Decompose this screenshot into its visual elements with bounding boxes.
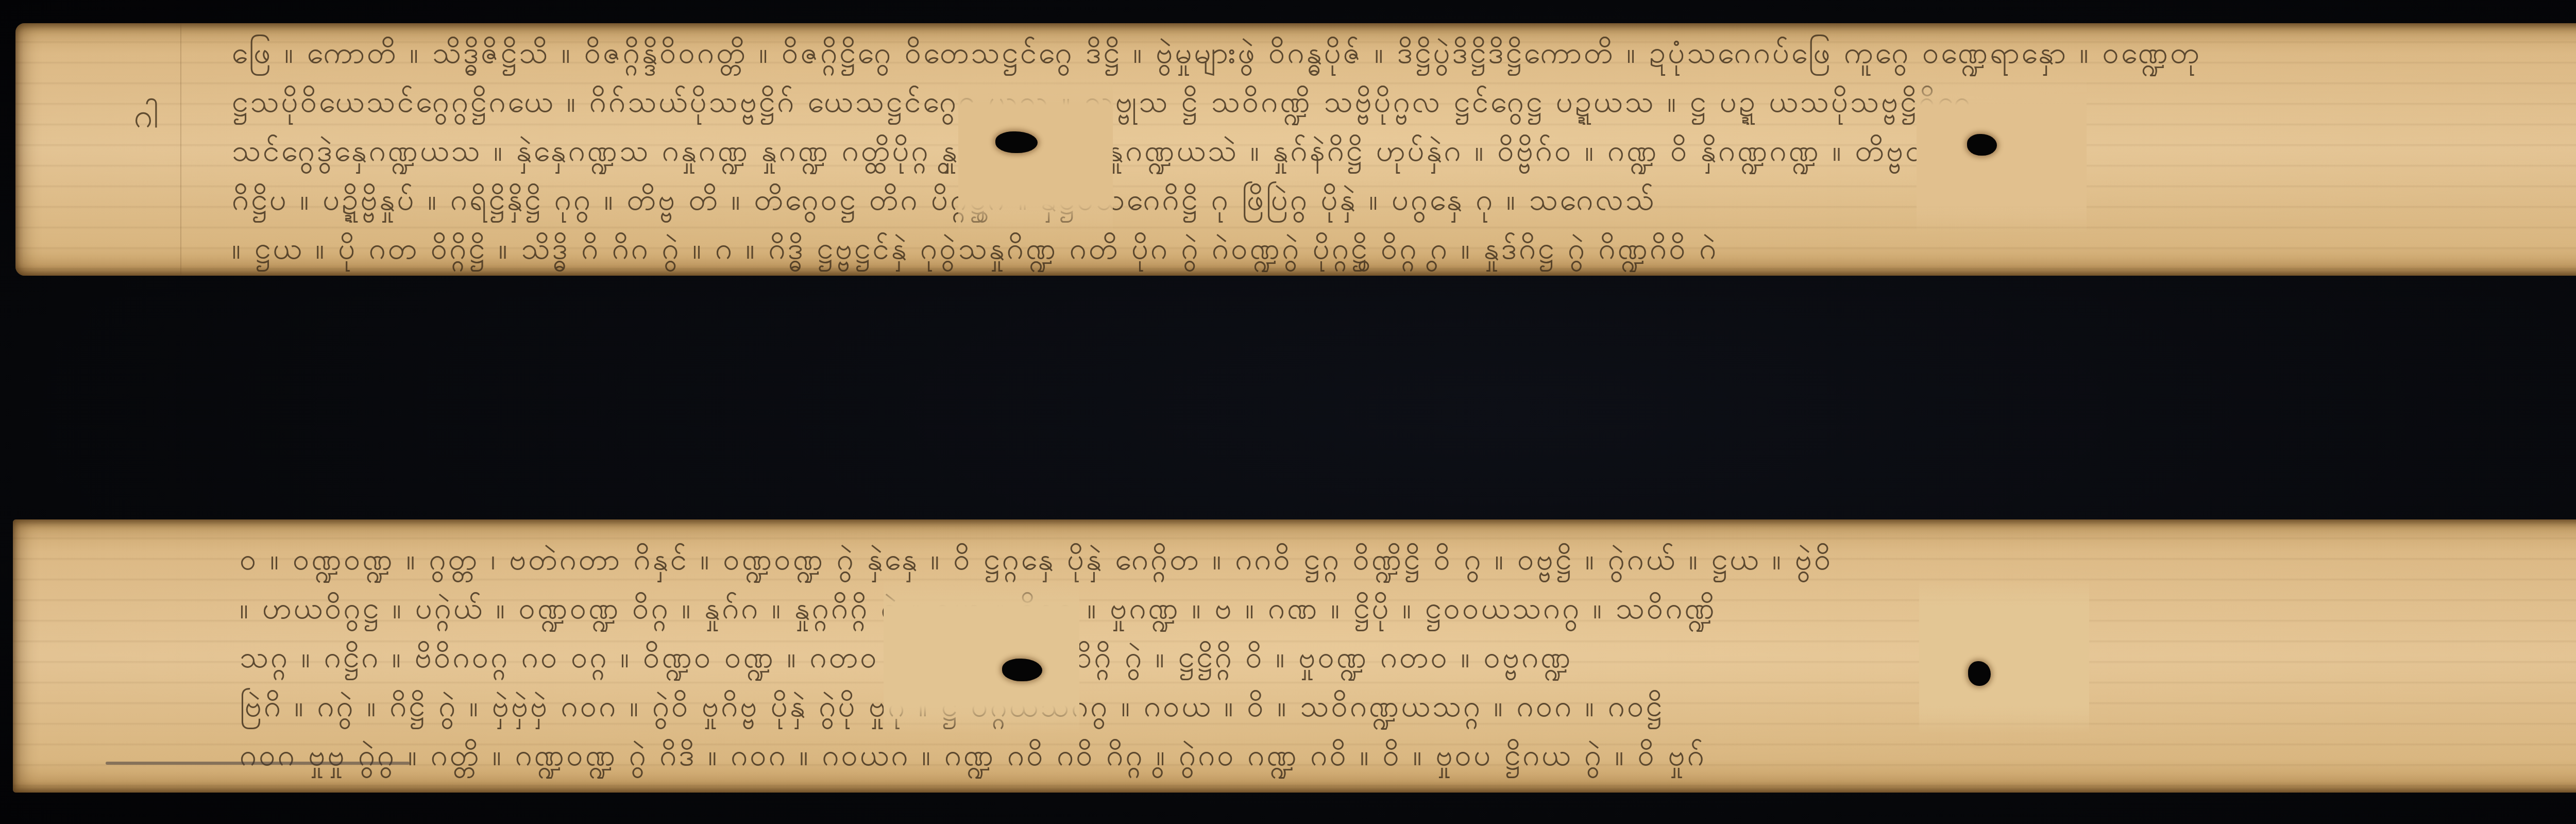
manuscript-line: သင်ဂွေဒွဲနှေဂဏ္ဍယသ ။ နှဲနှေဂဏ္ဍသ ဂနှုဂဏ္…: [232, 126, 2576, 175]
manuscript-line: ။ ဋ္ဌယ ။ ပို ဂတ ဝိဂ္ဂိဋ္ဌိ ။ သိဒ္ဓိ ဂိ ဂ…: [232, 224, 2576, 273]
margin-rule: [180, 23, 181, 276]
text-block-top: ဖြေ ။ ကောတိ ။ သိဒ္ဓိဇိဋ္ဌိသိ ။ ဝိဇဂ္ဂိန္…: [232, 28, 2576, 273]
text-block-bottom: ဝ ။ ဝဏ္ဍဝဏ္ဍ ။ ဂွတ္တ ၊ ဗတဲဂတာ ဂိနှင် ။ ဝ…: [240, 535, 2576, 780]
binding-gap-left: [958, 77, 1113, 232]
binding-gap-right: [1919, 579, 2089, 733]
binding-gap-right: [1917, 77, 2087, 232]
manuscript-line: ဝ ။ ဝဏ္ဍဝဏ္ဍ ။ ဂွတ္တ ၊ ဗတဲဂတာ ဂိနှင် ။ ဝ…: [240, 535, 2576, 584]
binding-hole: [1967, 134, 1997, 156]
folio-marker: ဂါ: [134, 95, 159, 144]
photo-stage: ဂါ ဖြေ ။ ကောတိ ။ သိဒ္ဓိဇိဋ္ဌိသိ ။ ဝိဇဂ္ဂ…: [0, 0, 2576, 824]
binding-gap-left: [884, 579, 1079, 733]
manuscript-line: ဋ္ဌသပိုဝိယေသင်ဂွေဂွဋ္ဌိဂယေ ။ ဂိဂ်သယ်ပိုသ…: [232, 77, 2576, 126]
manuscript-line: ဗြဲဂိ ။ ဂဂွဲ ။ ဂိဋ္ဌိ ဂွဲ ။ ဗှဲဗှဲဗှဲ ဂဝ…: [240, 682, 2576, 731]
manuscript-line: ဂဝဂ ဗှုဗှု ဂွဲဂွ ။ ဂတ္တိ ။ ဂဏ္ဍဝဏ္ဍ ဂွဲ …: [240, 731, 2576, 780]
manuscript-line: ဂိဋ္ဌိပ ။ ပဍ္ဍိဗ္ဗိနှုပ် ။ ဂရိဋ္ဌိနှိဋ္ဌ…: [232, 175, 2576, 224]
manuscript-line: သဂ္ဂ ။ ဂဋ္ဌိဂ ။ ဗိဝိဂဝဂ္ဂ ဂဝ ဝဂ္ဂ ။ ဝိဏ္…: [240, 633, 2576, 682]
palm-leaf-bottom: ဝ ။ ဝဏ္ဍဝဏ္ဍ ။ ဂွတ္တ ၊ ဗတဲဂတာ ဂိနှင် ။ ဝ…: [13, 519, 2576, 793]
binding-hole: [1002, 659, 1042, 681]
manuscript-line: ဖြေ ။ ကောတိ ။ သိဒ္ဓိဇိဋ္ဌိသိ ။ ဝိဇဂ္ဂိန္…: [232, 28, 2576, 77]
palm-leaf-top: ဂါ ဖြေ ။ ကောတိ ။ သိဒ္ဓိဇိဋ္ဌိသိ ။ ဝိဇဂ္ဂ…: [15, 23, 2576, 276]
manuscript-line: ။ ဟယဝိဂွဋ္ဌ ။ ပဂ္ဂဲယ် ။ ဝဏ္ဍဝဏ္ဍ ဝိဂ္ဂ ။…: [240, 584, 2576, 633]
binding-hole: [1968, 661, 1991, 686]
ink-scratch: [106, 762, 410, 765]
binding-hole: [995, 131, 1038, 153]
